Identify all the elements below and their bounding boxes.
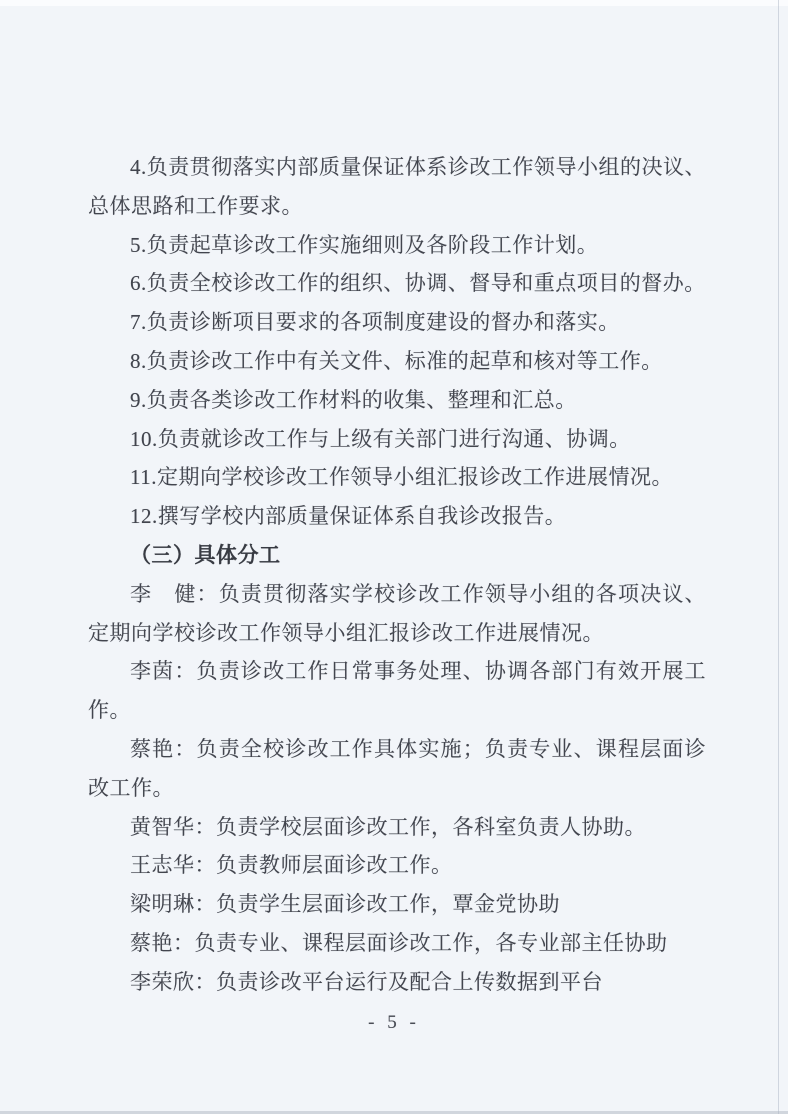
assignment-item: 李 健：负责贯彻落实学校诊改工作领导小组的各项决议、定期向学校诊改工作领导小组汇…	[88, 575, 706, 653]
person-name: 李茵：	[130, 659, 197, 683]
assignment-item: 王志华：负责教师层面诊改工作。	[88, 846, 706, 885]
person-name: 李 健：	[130, 582, 219, 606]
person-name: 王志华：	[130, 853, 216, 877]
duty-list: 4.负责贯彻落实内部质量保证体系诊改工作领导小组的决议、总体思路和工作要求。 5…	[88, 148, 706, 536]
person-duty: 负责学生层面诊改工作，覃金党协助	[216, 892, 560, 916]
scan-top-edge	[0, 0, 788, 6]
duty-item: 9.负责各类诊改工作材料的收集、整理和汇总。	[88, 381, 706, 420]
duty-item: 6.负责全校诊改工作的组织、协调、督导和重点项目的督办。	[88, 264, 706, 303]
person-name: 黄智华：	[130, 815, 216, 839]
person-name: 梁明琳：	[130, 892, 216, 916]
person-duty: 负责诊改平台运行及配合上传数据到平台	[216, 970, 603, 994]
person-duty: 负责专业、课程层面诊改工作，各专业部主任协助	[195, 931, 668, 955]
duty-item: 11.定期向学校诊改工作领导小组汇报诊改工作进展情况。	[88, 458, 706, 497]
page-number: - 5 -	[0, 1012, 788, 1034]
scan-right-edge	[778, 0, 779, 1114]
person-name: 蔡艳：	[130, 931, 195, 955]
duty-item: 8.负责诊改工作中有关文件、标准的起草和核对等工作。	[88, 342, 706, 381]
person-duty: 负责教师层面诊改工作。	[216, 853, 453, 877]
assignment-item: 黄智华：负责学校层面诊改工作，各科室负责人协助。	[88, 808, 706, 847]
assignment-item: 李茵：负责诊改工作日常事务处理、协调各部门有效开展工作。	[88, 652, 706, 730]
duty-item: 4.负责贯彻落实内部质量保证体系诊改工作领导小组的决议、总体思路和工作要求。	[88, 148, 706, 226]
duty-item: 10.负责就诊改工作与上级有关部门进行沟通、协调。	[88, 420, 706, 459]
person-name: 蔡艳：	[130, 737, 197, 761]
person-duty: 负责学校层面诊改工作，各科室负责人协助。	[216, 815, 646, 839]
assignment-item: 梁明琳：负责学生层面诊改工作，覃金党协助	[88, 885, 706, 924]
assignment-item: 蔡艳：负责专业、课程层面诊改工作，各专业部主任协助	[88, 924, 706, 963]
scanned-document-page: 4.负责贯彻落实内部质量保证体系诊改工作领导小组的决议、总体思路和工作要求。 5…	[0, 0, 788, 1114]
document-body: 4.负责贯彻落实内部质量保证体系诊改工作领导小组的决议、总体思路和工作要求。 5…	[88, 148, 706, 1002]
person-name: 李荣欣：	[130, 970, 216, 994]
assignment-item: 蔡艳：负责全校诊改工作具体实施；负责专业、课程层面诊改工作。	[88, 730, 706, 808]
duty-item: 12.撰写学校内部质量保证体系自我诊改报告。	[88, 497, 706, 536]
assignment-item: 李荣欣：负责诊改平台运行及配合上传数据到平台	[88, 963, 706, 1002]
assignment-list: 李 健：负责贯彻落实学校诊改工作领导小组的各项决议、定期向学校诊改工作领导小组汇…	[88, 575, 706, 1002]
duty-item: 5.负责起草诊改工作实施细则及各阶段工作计划。	[88, 226, 706, 265]
duty-item: 7.负责诊断项目要求的各项制度建设的督办和落实。	[88, 303, 706, 342]
section-heading: （三）具体分工	[88, 536, 706, 575]
